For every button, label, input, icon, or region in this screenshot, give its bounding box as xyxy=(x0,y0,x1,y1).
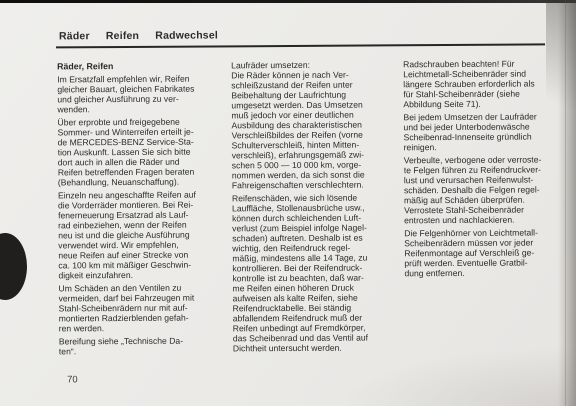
text-column-1: Räder, Reifen Im Ersatzfall empfehlen wi… xyxy=(57,60,233,359)
chapter-header-word: Räder xyxy=(59,30,90,42)
text-column-2: Laufräder umsetzen: Die Räder können je … xyxy=(231,59,407,356)
chapter-header-word: Reifen xyxy=(106,30,139,42)
page-content: Räder Reifen Radwechsel Räder, Reifen Im… xyxy=(0,0,576,406)
paragraph: Um Schäden an den Ventilen zu vermeiden,… xyxy=(58,282,232,333)
paragraph: Verbeulte, verbogene oder verroste- te F… xyxy=(404,154,572,225)
text-column-3: Radschrauben beachten! Für Leichtmetall-… xyxy=(403,58,572,281)
paragraph: Bei jedem Umsetzen der Laufräder und bei… xyxy=(403,111,571,152)
section-heading: Räder, Reifen xyxy=(57,60,231,71)
paragraph: Über erprobte und freigegebene Sommer- u… xyxy=(57,116,231,187)
paragraph: Radschrauben beachten! Für Leichtmetall-… xyxy=(403,58,571,109)
paragraph: Im Ersatzfall empfehlen wir, Reifen glei… xyxy=(57,73,231,114)
chapter-header: Räder Reifen Radwechsel xyxy=(59,29,231,42)
paragraph: Bereifung siehe „Technische Da- ten“. xyxy=(59,335,233,356)
paragraph: Laufräder umsetzen: Die Räder können je … xyxy=(231,59,406,190)
page-number: 70 xyxy=(67,374,78,385)
chapter-header-word: Radwechsel xyxy=(155,29,218,41)
scanned-manual-page: Räder Reifen Radwechsel Räder, Reifen Im… xyxy=(0,0,576,406)
paragraph: Die Felgenhörner von Leichtmetall- Schei… xyxy=(404,227,572,278)
paragraph: Einzeln neu angeschaffte Reifen auf die … xyxy=(58,189,233,280)
header-rule xyxy=(56,43,545,48)
paragraph: Reifenschäden, wie sich lösende Lauffläc… xyxy=(232,192,407,353)
